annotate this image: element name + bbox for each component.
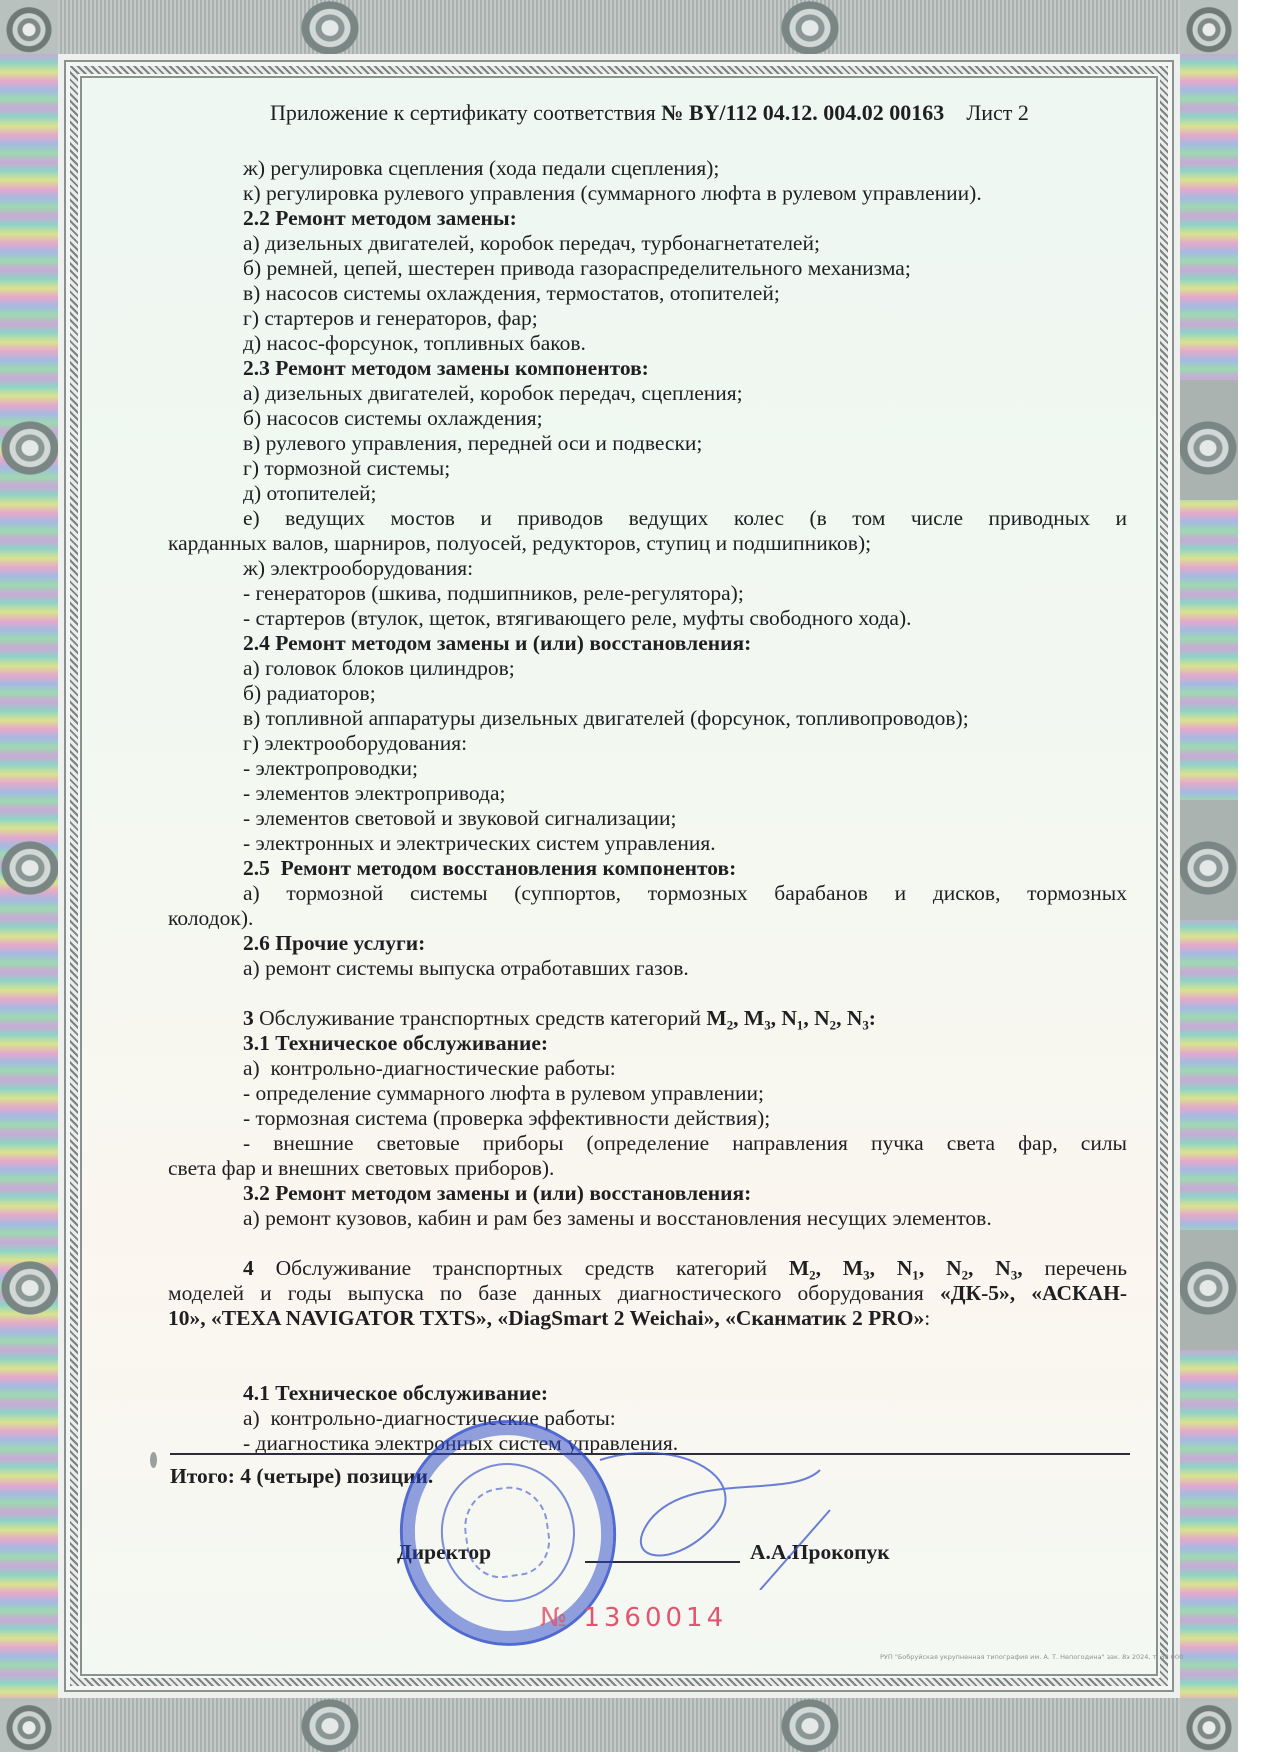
list-item: - внешние световые приборы (определение …: [243, 1131, 1127, 1156]
section-heading: 2.2 Ремонт методом замены:: [243, 206, 517, 231]
section-title-end: перечень: [1045, 1256, 1127, 1280]
section-3-heading: 3 Обслуживание транспортных средств кате…: [243, 1006, 876, 1031]
list-item-continuation: карданных валов, шарниров, полуосей, ред…: [168, 531, 871, 556]
list-item: б) ремней, цепей, шестерен привода газор…: [243, 256, 911, 281]
certificate-number: № BY/112 04.12. 004.02 00163: [661, 100, 944, 125]
list-item: ж) регулировка сцепления (хода педали сц…: [243, 156, 719, 181]
section-heading: 2.3 Ремонт методом замены компонентов:: [243, 356, 649, 381]
list-item: а) контрольно-диагностические работы:: [243, 1056, 616, 1081]
list-item: - элементов световой и звуковой сигнализ…: [243, 806, 676, 831]
list-item: в) топливной аппаратуры дизельных двигат…: [243, 706, 969, 731]
equipment-list: 10», «TEXA NAVIGATOR TXTS», «DiagSmart 2…: [168, 1306, 924, 1330]
list-item: а) ремонт кузовов, кабин и рам без замен…: [243, 1206, 992, 1231]
section-number: 3: [243, 1006, 254, 1030]
section-4-line-1: 4 Обслуживание транспортных средств кате…: [243, 1256, 1127, 1281]
list-item: - определение суммарного люфта в рулевом…: [243, 1081, 764, 1106]
page-header: Приложение к сертификату соответствия № …: [270, 100, 1029, 125]
section-title: Обслуживание транспортных средств катего…: [259, 1006, 701, 1030]
section-text: моделей и годы выпуска по базе данных ди…: [168, 1281, 924, 1305]
list-item: а) дизельных двигателей, коробок передач…: [243, 231, 820, 256]
list-item: ж) электрооборудования:: [243, 556, 473, 581]
section-heading: 3.2 Ремонт методом замены и (или) восста…: [243, 1181, 751, 1206]
list-item: - тормозная система (проверка эффективно…: [243, 1106, 770, 1131]
list-item: в) рулевого управления, передней оси и п…: [243, 431, 702, 456]
list-item: г) стартеров и генераторов, фар;: [243, 306, 538, 331]
list-item: - электронных и электрических систем упр…: [243, 831, 716, 856]
serial-prefix: №: [540, 1603, 571, 1633]
list-item: е) ведущих мостов и приводов ведущих кол…: [243, 506, 1127, 531]
signer-name: А.А.Прокопук: [750, 1540, 890, 1565]
state-emblem-icon: [459, 1482, 555, 1583]
section-number: 4: [243, 1256, 254, 1280]
vehicle-categories: M₂, M₃, N₁, N₂, N₃:: [706, 1006, 876, 1030]
serial-value: 1360014: [583, 1603, 727, 1633]
vehicle-categories: M₂, M₃, N₁, N₂, N₃,: [789, 1256, 1023, 1280]
list-item: - стартеров (втулок, щеток, втягивающего…: [243, 606, 911, 631]
punctuation: :: [924, 1306, 930, 1330]
signature-line: [585, 1561, 740, 1563]
list-item: г) тормозной системы;: [243, 456, 450, 481]
list-item: а) дизельных двигателей, коробок передач…: [243, 381, 743, 406]
list-item: а) контрольно-диагностические работы:: [243, 1406, 616, 1431]
list-item: - электропроводки;: [243, 756, 418, 781]
list-item: д) насос-форсунок, топливных баков.: [243, 331, 586, 356]
section-heading: 3.1 Техническое обслуживание:: [243, 1031, 548, 1056]
handwritten-signature: [560, 1440, 860, 1590]
list-item: в) насосов системы охлаждения, термостат…: [243, 281, 780, 306]
list-item: - элементов электропривода;: [243, 781, 505, 806]
list-item: а) тормозной системы (суппортов, тормозн…: [243, 881, 1127, 906]
section-heading: 2.4 Ремонт методом замены и (или) восста…: [243, 631, 751, 656]
list-item: б) насосов системы охлаждения;: [243, 406, 543, 431]
header-prefix: Приложение к сертификату соответствия: [270, 100, 656, 125]
list-item: г) электрооборудования:: [243, 731, 467, 756]
divider: [170, 1453, 1130, 1455]
section-title: Обслуживание транспортных средств катего…: [276, 1256, 767, 1280]
section-heading: 2.6 Прочие услуги:: [243, 931, 425, 956]
list-item: а) ремонт системы выпуска отработавших г…: [243, 956, 689, 981]
total-positions: Итого: 4 (четыре) позиции.: [170, 1464, 433, 1489]
section-4-line-3: 10», «TEXA NAVIGATOR TXTS», «DiagSmart 2…: [168, 1306, 930, 1331]
sheet-number: Лист 2: [966, 100, 1029, 125]
list-item-continuation: колодок).: [168, 906, 253, 931]
list-item: а) головок блоков цилиндров;: [243, 656, 515, 681]
section-4-line-2: моделей и годы выпуска по базе данных ди…: [168, 1281, 1127, 1306]
list-item-continuation: света фар и внешних световых приборов).: [168, 1156, 554, 1181]
signer-title: Директор: [397, 1540, 491, 1565]
section-heading: 2.5 Ремонт методом восстановления компон…: [243, 856, 736, 881]
document-page: Приложение к сертификату соответствия № …: [0, 0, 1264, 1752]
form-serial-number: № 1360014: [540, 1603, 727, 1633]
equipment-list: «ДК-5», «АСКАН-: [940, 1281, 1127, 1305]
stamp-inner-ring: [432, 1454, 584, 1610]
list-item: б) радиаторов;: [243, 681, 376, 706]
list-item: к) регулировка рулевого управления (сумм…: [243, 181, 982, 206]
list-item: д) отопителей;: [243, 481, 377, 506]
section-heading: 4.1 Техническое обслуживание:: [243, 1381, 548, 1406]
printer-imprint: РУП "Бобруйская укрупненная типография и…: [880, 1653, 1183, 1661]
ink-mark: [150, 1452, 157, 1468]
list-item: - генераторов (шкива, подшипников, реле-…: [243, 581, 744, 606]
